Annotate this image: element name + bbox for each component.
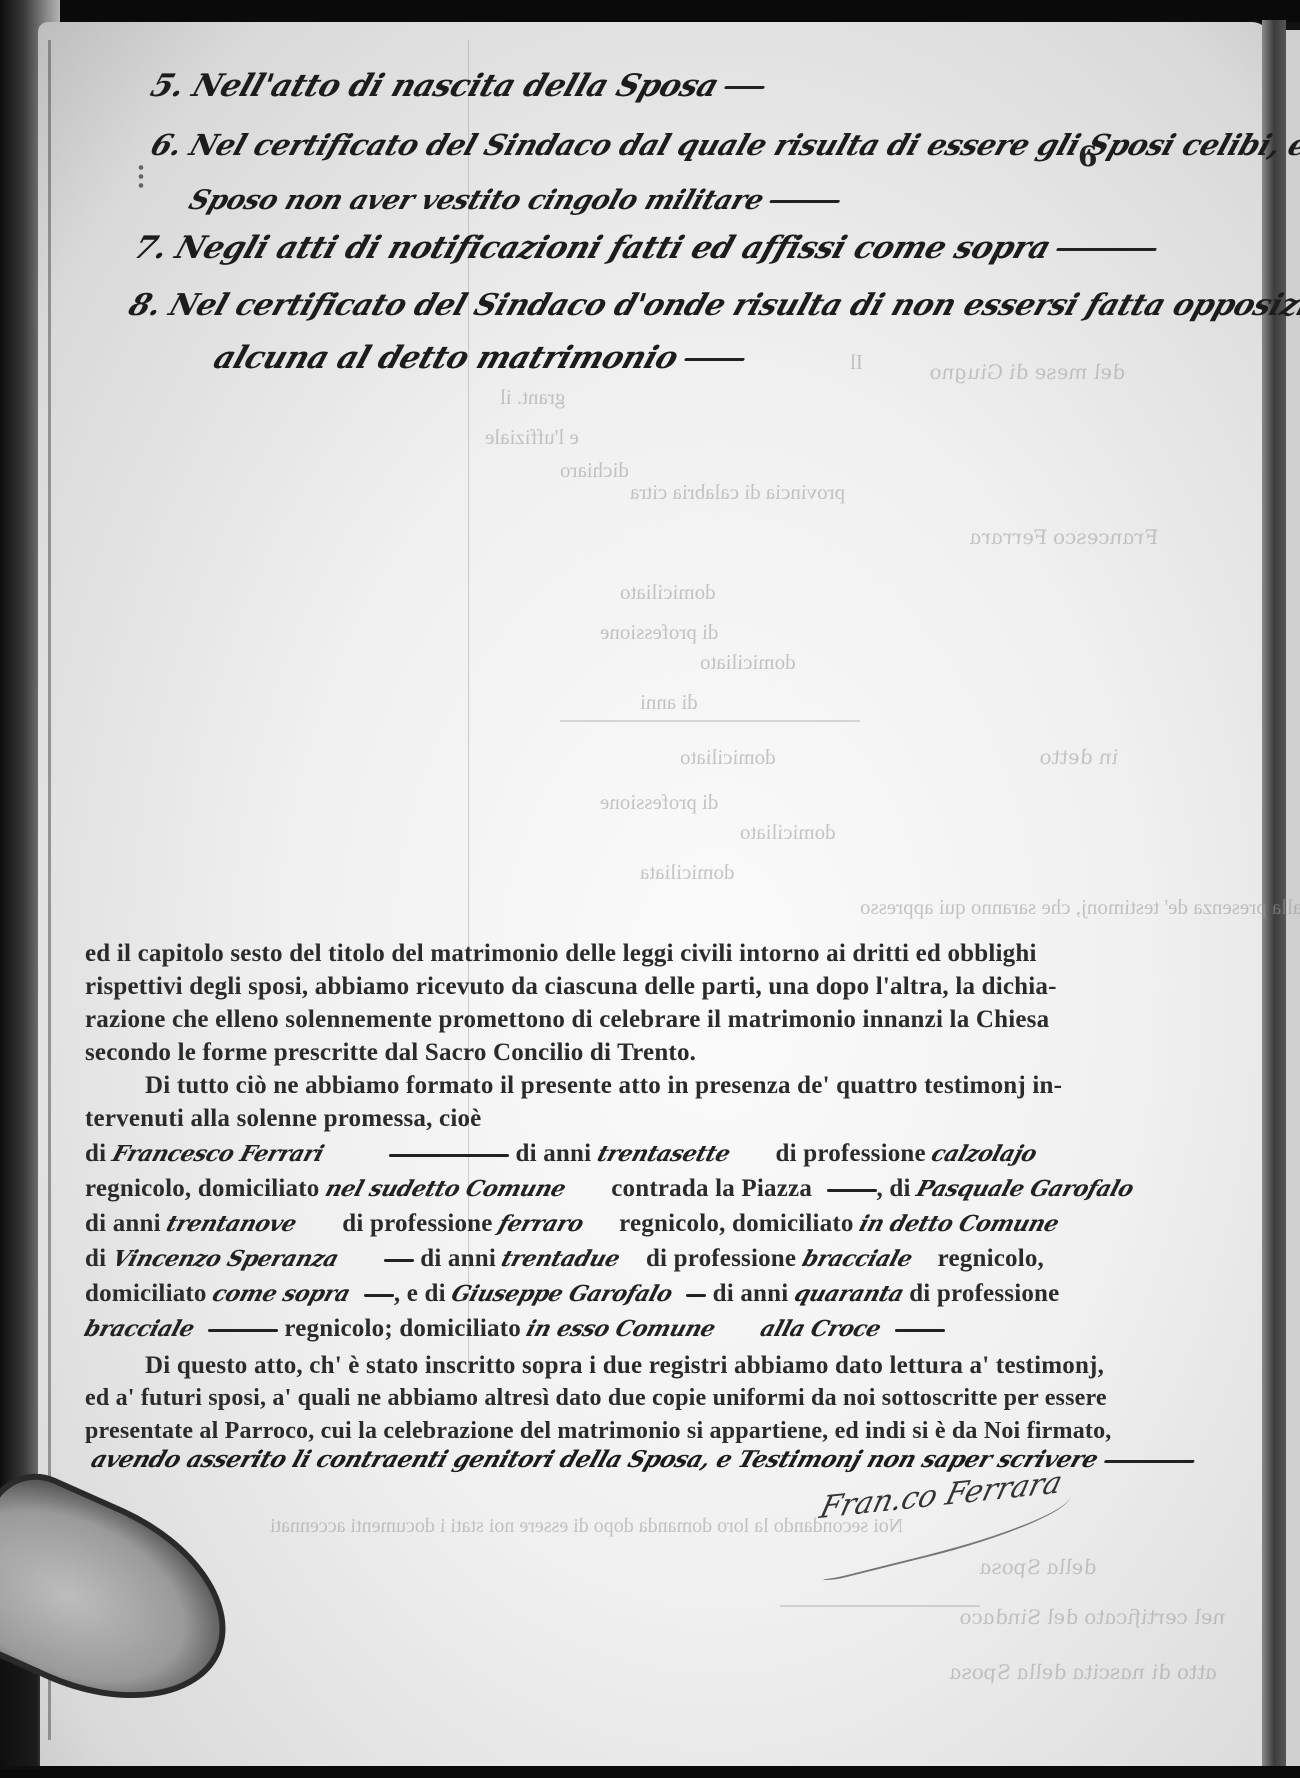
witness-street: contrada la Piazza (611, 1175, 812, 1202)
ghost-text: di professione (600, 620, 718, 645)
label: di anni (85, 1210, 161, 1237)
ghost-handwriting: atto di nascita della Sposa (947, 1660, 1221, 1684)
label: di anni (713, 1280, 789, 1307)
witness-1-line: di Francesco Ferrari di anni trentasette… (85, 1140, 1235, 1168)
witness-street: alla Croce (758, 1316, 885, 1342)
ghost-text: domiciliato (620, 580, 716, 605)
annotation-dash (1056, 248, 1157, 251)
ghost-handwriting: del mese di Giugno (927, 360, 1129, 384)
annotation-line-7: 7. Negli atti di notificazioni fatti ed … (129, 230, 1163, 266)
label: regnicolo, domiciliato (619, 1210, 853, 1237)
prefix: e di (407, 1280, 446, 1307)
witness-age: trentasette (594, 1141, 733, 1167)
printed-closing-line: Di questo atto, ch' è stato inscritto so… (145, 1352, 1295, 1380)
label: di professione (776, 1140, 926, 1167)
ghost-text: domiciliata (640, 860, 734, 885)
blank-line (208, 1329, 278, 1332)
prefix: di (85, 1245, 106, 1272)
blank-line (686, 1294, 706, 1297)
witness-4-residence-line: bracciale regnicolo; domiciliato in esso… (85, 1315, 1235, 1343)
scan-top-border (0, 0, 1300, 22)
annotation-text: Sposo non aver vestito cingolo militare (185, 185, 767, 216)
witness-4-line: domiciliato come sopra , e di Giuseppe G… (85, 1280, 1235, 1308)
blank-line (827, 1189, 877, 1192)
annotation-line-8-cont: alcuna al detto matrimonio (209, 340, 750, 376)
printed-line: ed il capitolo sesto del titolo del matr… (85, 940, 1235, 968)
label: regnicolo, domiciliato (85, 1175, 319, 1202)
annotation-text: Negli atti di notificazioni fatti ed aff… (171, 230, 1055, 266)
printed-closing-line: presentate al Parroco, cui la celebrazio… (85, 1418, 1235, 1445)
margin-dots (138, 163, 144, 189)
witness-residence: in detto Comune (856, 1211, 1061, 1237)
witness-profession: bracciale (799, 1246, 915, 1272)
label: di professione (909, 1280, 1059, 1307)
printed-line: rispettivi degli sposi, abbiamo ricevuto… (85, 973, 1235, 1001)
label: di anni (516, 1140, 592, 1167)
printed-closing-line: ed a' futuri sposi, a' quali ne abbiamo … (85, 1385, 1235, 1412)
witness-age: quaranta (791, 1281, 906, 1307)
ghost-handwriting: in detto (1037, 745, 1122, 769)
scan-bottom-border (0, 1766, 1300, 1778)
annotation-text: Nell'atto di nascita della Sposa (188, 68, 723, 104)
label: regnicolo; domiciliato (284, 1315, 521, 1342)
ghost-text: dichiaro (560, 458, 629, 483)
printed-line: secondo le forme prescritte dal Sacro Co… (85, 1039, 1235, 1067)
ghost-text: Il (850, 350, 863, 375)
ghost-handwriting: nel certificato del Sindaco (957, 1605, 1229, 1629)
ghost-handwriting: della Sposa (977, 1555, 1100, 1579)
witness-3-line: di Vincenzo Speranza di anni trentadue d… (85, 1245, 1235, 1273)
label: di professione (342, 1210, 492, 1237)
annotation-line-6-cont: Sposo non aver vestito cingolo militare (185, 185, 845, 216)
ghost-text: I quali, alla presenza de' testimonj, ch… (860, 895, 1300, 920)
ghost-text: Noi secondando la loro domanda dopo di e… (270, 1515, 903, 1538)
ghost-text: domiciliato (700, 650, 796, 675)
printed-line: razione che elleno solennemente prometto… (85, 1006, 1235, 1034)
witness-age: trentanove (163, 1211, 299, 1237)
ghost-text: provincia di calabria citra (630, 480, 845, 505)
closing-dash (1104, 1460, 1195, 1463)
witness-profession: calzolajo (929, 1141, 1040, 1167)
witness-name: Vincenzo Speranza (109, 1246, 341, 1272)
ghost-rule (780, 1605, 980, 1607)
label: di professione (646, 1245, 796, 1272)
ghost-handwriting: Francesco Ferrara (967, 525, 1162, 549)
ghost-text: domiciliato (740, 820, 836, 845)
annotation-text: Nel certificato del Sindaco d'onde risul… (165, 288, 1300, 323)
witness-age: trentadue (499, 1246, 624, 1272)
prefix: di (889, 1175, 910, 1202)
witness-2-line: di anni trentanove di professione ferrar… (85, 1210, 1235, 1238)
annotation-line-6: 6. Nel certificato del Sindaco dal quale… (146, 128, 1300, 162)
marginal-number: 6 (1078, 140, 1097, 173)
label: di anni (420, 1245, 496, 1272)
witness-residence: nel sudetto Comune (322, 1176, 568, 1202)
label: domiciliato (85, 1280, 207, 1307)
witness-residence: come sopra (209, 1281, 353, 1307)
annotation-dash (684, 358, 745, 361)
annotation-line-8: 8. Nel certificato del Sindaco d'onde ri… (124, 288, 1300, 323)
blank-line (384, 1259, 414, 1262)
printed-line: tervenuti alla solenne promessa, cioè (85, 1105, 1235, 1133)
witness-profession: bracciale (81, 1316, 197, 1342)
witness-profession: ferraro (495, 1211, 586, 1237)
ghost-text: grant. il (500, 385, 565, 410)
witness-name: Giuseppe Garofalo (448, 1281, 675, 1307)
label: regnicolo, (938, 1245, 1044, 1272)
annotation-dash (724, 86, 765, 89)
ghost-text: di anni (640, 690, 698, 715)
annotation-text: Nel certificato del Sindaco dal quale ri… (185, 128, 1300, 162)
witness-residence: in esso Comune (524, 1316, 719, 1342)
annotation-dash (770, 200, 841, 203)
ghost-text: di professione (600, 790, 718, 815)
ghost-text: e l'uffiziale (485, 425, 579, 450)
blank-line (389, 1154, 509, 1157)
witness-1-residence-line: regnicolo, domiciliato nel sudetto Comun… (85, 1175, 1235, 1203)
printed-line: Di tutto ciò ne abbiamo formato il prese… (145, 1072, 1295, 1100)
witness-name: Pasquale Garofalo (913, 1176, 1136, 1202)
closing-text: avendo asserito li contraenti genitori d… (88, 1446, 1102, 1473)
blank-line (895, 1329, 945, 1332)
witness-name: Francesco Ferrari (109, 1141, 326, 1167)
annotation-line-5: 5. Nell'atto di nascita della Sposa (146, 68, 771, 104)
blank-line (364, 1294, 394, 1297)
prefix: di (85, 1140, 106, 1167)
ghost-rule (560, 720, 860, 722)
ghost-text: domiciliato (680, 745, 776, 770)
annotation-text: alcuna al detto matrimonio (209, 340, 682, 376)
